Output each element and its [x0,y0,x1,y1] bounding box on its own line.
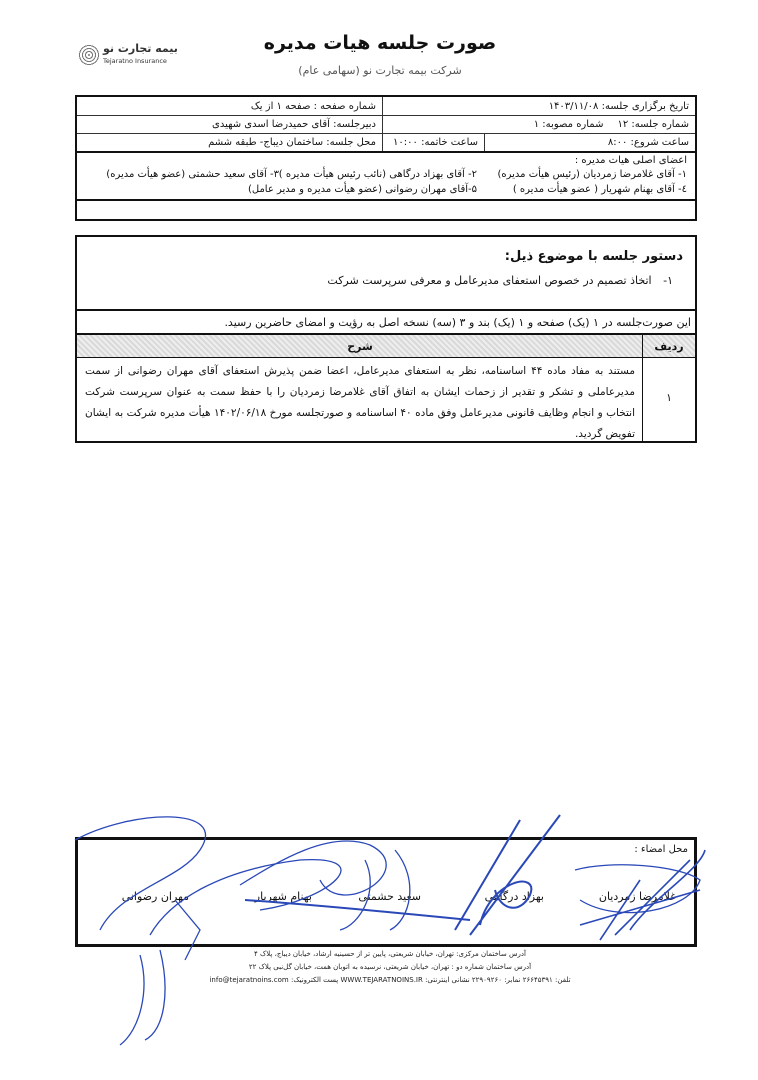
member-4: ٤- آقای بهنام شهریار ( عضو هیأت مدیره ) [513,184,687,195]
meeting-resolution-numbers: شماره جلسه: ۱۲ شماره مصوبه: ۱ [383,115,695,133]
contact-line: تلفن: ۲۶۶۴۵۳۹۱ نمابر: ۲۲۹۰۹۲۶۰ نشانی این… [180,974,600,987]
agenda-item-number: ۱- [663,274,673,287]
resolution-number: شماره مصوبه: ۱ [534,119,604,130]
website-label: نشانی اینترنتی: [425,976,470,984]
board-members: اعضای اصلی هیات مدیره : ۱- آقای غلامرضا … [77,151,695,201]
end-time: ساعت خاتمه: ۱۰:۰۰ [383,133,485,151]
logo-name-fa: بیمه تجارت نو [103,42,178,55]
page-number: شماره صفحه : صفحه ۱ از یک [153,97,383,115]
row-sharh: مستند به مفاد ماده ۴۴ اساسنامه، نظر به ا… [77,355,643,441]
signatory-shahriar: بهنام شهریار [255,890,312,903]
header-sharh: شرح [77,335,643,357]
agenda-item-text: اتخاذ تصمیم در خصوص استعفای مدیرعامل و م… [327,274,651,287]
address-building-two: آدرس ساختمان شماره دو : تهران، خیابان شر… [180,961,600,974]
table-row: ۱ مستند به مفاد ماده ۴۴ اساسنامه، نظر به… [77,355,695,441]
copies-note: این صورت‌جلسه در ۱ (یک) صفحه و ۱ (یک) بن… [77,309,695,333]
company-subtitle: شرکت بیمه تجارت نو (سهامی عام) [200,64,560,77]
meeting-date: تاریخ برگزاری جلسه: ۱۴۰۳/۱۱/۰۸ [383,97,695,115]
address-central: آدرس ساختمان مرکزی: تهران، خیابان شریعتی… [180,948,600,961]
agenda-box: دستور جلسه با موضوع ذیل: ۱- اتخاذ تصمیم … [75,235,697,443]
signatory-rezvani: مهران رضوانی [122,890,189,903]
signature-label: محل امضاء : [634,844,688,855]
meeting-secretary: دبیرجلسه: آقای حمیدرضا اسدی شهیدی [153,115,383,133]
info-row-2: شماره جلسه: ۱۲ شماره مصوبه: ۱ دبیرجلسه: … [77,115,695,134]
signature-box: محل امضاء : غلامرضا زمردیان بهزاد درگاهی… [75,837,697,947]
header-radif: ردیف [642,335,695,357]
agenda-title: دستور جلسه با موضوع ذیل: [505,249,683,264]
website-link[interactable]: WWW.TEJARATNOINS.IR [340,976,422,984]
logo-name-en: Tejaratno Insurance [103,57,167,65]
meeting-info-box: تاریخ برگزاری جلسه: ۱۴۰۳/۱۱/۰۸ شماره صفح… [75,95,697,221]
meeting-location: محل جلسه: ساختمان دیباج- طبقه ششم [153,133,383,151]
info-row-3: ساعت شروع: ۸:۰۰ ساعت خاتمه: ۱۰:۰۰ محل جل… [77,133,695,153]
board-members-label: اعضای اصلی هیات مدیره : [575,155,687,166]
member-3: ۳- آقای سعید حشمتی (عضو هیأت مدیره) [106,169,279,180]
footer-contact: آدرس ساختمان مرکزی: تهران، خیابان شریعتی… [180,948,600,987]
email-label: پست الکترونیک: [291,976,338,984]
company-logo: بیمه تجارت نو Tejaratno Insurance [78,42,178,70]
page-title: صورت جلسه هیات مدیره [200,32,560,54]
meeting-number: شماره جلسه: ۱۲ [617,119,689,130]
signatory-zomorrodian: غلامرضا زمردیان [599,890,676,903]
logo-icon [78,44,100,66]
signatory-heshmati: سعید حشمتی [358,890,421,903]
phone-fax: تلفن: ۲۶۶۴۵۳۹۱ نمابر: ۲۲۹۰۹۲۶۰ [472,976,571,984]
signatory-dargahi: بهزاد درگاهی [485,890,544,903]
start-time: ساعت شروع: ۸:۰۰ [485,133,695,151]
email-address[interactable]: info@tejaratnoins.com [209,976,288,984]
member-1: ۱- آقای غلامرضا زمردیان (رئیس هیأت مدیره… [497,169,687,180]
agenda-item: ۱- اتخاذ تصمیم در خصوص استعفای مدیرعامل … [327,274,673,287]
info-row-1: تاریخ برگزاری جلسه: ۱۴۰۳/۱۱/۰۸ شماره صفح… [77,97,695,116]
row-radif: ۱ [642,355,695,441]
member-2: ۲- آقای بهزاد درگاهی (نائب رئیس هیأت مدی… [279,169,477,180]
member-5: ۵-آقای مهران رضوانی (عضو هیأت مدیره و مد… [248,184,477,195]
